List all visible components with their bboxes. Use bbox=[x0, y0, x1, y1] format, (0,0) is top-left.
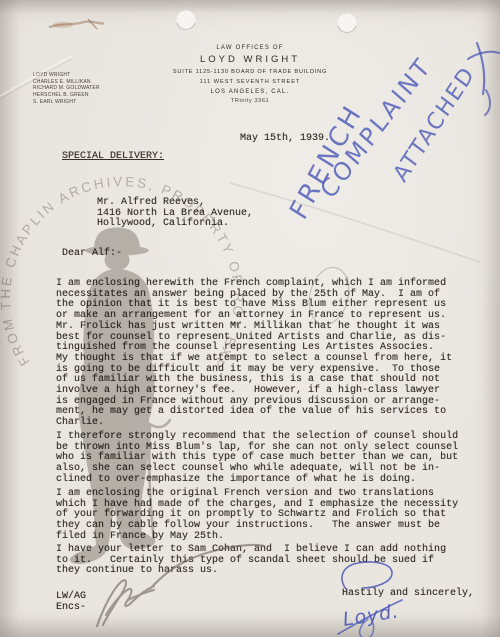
special-delivery-label: SPECIAL DELIVERY: bbox=[62, 152, 164, 163]
body-paragraph-2: I therefore strongly recommend that the … bbox=[56, 432, 458, 486]
salutation: Dear Alf:- bbox=[62, 249, 122, 260]
scanned-letter-page: LAW OFFICES OF LOYD WRIGHT SUITE 1125-11… bbox=[0, 0, 500, 637]
body-paragraph-3: I am enclosing the original French versi… bbox=[56, 489, 458, 543]
signature-script: Loyd. bbox=[341, 600, 400, 631]
punch-hole bbox=[338, 14, 357, 33]
punch-hole bbox=[177, 11, 196, 30]
recipient-address-block: Mr. Alfred Reeves, 1416 North La Brea Av… bbox=[97, 198, 253, 230]
enclosure-note: Encs- bbox=[56, 603, 86, 614]
letterhead-tagline: LAW OFFICES OF bbox=[0, 45, 500, 51]
body-paragraph-4: I have your letter to Sam Cohan, and I b… bbox=[56, 545, 446, 577]
rust-stain bbox=[50, 19, 103, 29]
date-line: May 15th, 1939. bbox=[240, 134, 330, 145]
punch-holes bbox=[177, 11, 357, 33]
letterhead-attorney-list: LOYD WRIGHT CHARLES E. MILLIKAN RICHARD … bbox=[33, 72, 100, 106]
closing-line: Hastily and sincerely, bbox=[342, 589, 474, 600]
body-paragraph-1: I am enclosing herewith the French compl… bbox=[56, 279, 452, 429]
